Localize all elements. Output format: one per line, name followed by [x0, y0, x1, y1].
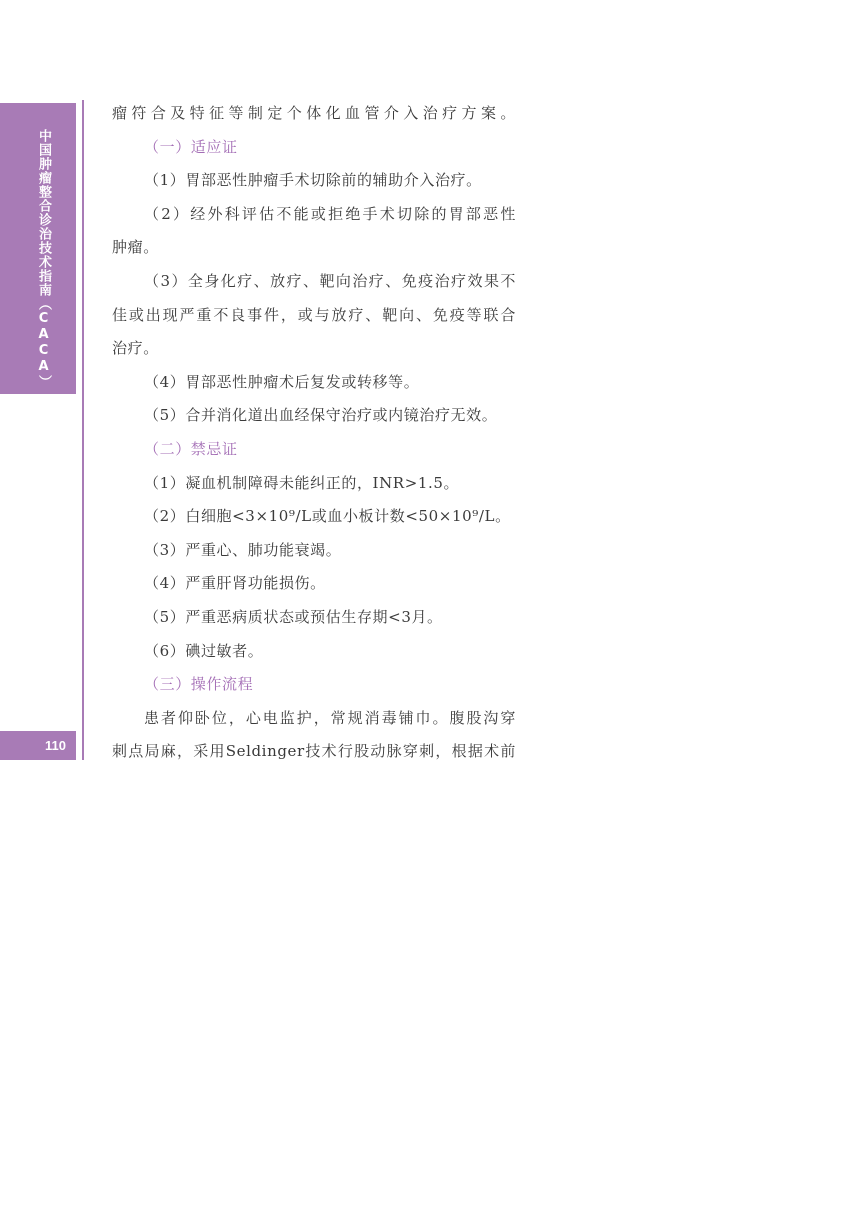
list-item: （1）凝血机制障碍未能纠正的，INR>1.5。: [112, 467, 516, 501]
list-item: （2）经外科评估不能或拒绝手术切除的胃部恶性: [112, 198, 516, 232]
body-line: 患者仰卧位，心电监护，常规消毒铺巾。腹股沟穿: [112, 702, 516, 736]
list-item: （3）全身化疗、放疗、靶向治疗、免疫治疗效果不: [112, 265, 516, 299]
list-item: （5）严重恶病质状态或预估生存期<3月。: [112, 601, 516, 635]
section-heading-procedure: （三）操作流程: [112, 668, 516, 702]
margin-rule: [82, 100, 84, 760]
list-item: （3）严重心、肺功能衰竭。: [112, 534, 516, 568]
list-item: （4）严重肝肾功能损伤。: [112, 567, 516, 601]
list-item: （6）碘过敏者。: [112, 635, 516, 669]
body-line: 治疗。: [112, 332, 516, 366]
list-item: （4）胃部恶性肿瘤术后复发或转移等。: [112, 366, 516, 400]
book-title: 中国肿瘤整合诊治技术指南（CACA）: [36, 129, 52, 389]
body-line: 瘤符合及特征等制定个体化血管介入治疗方案。: [112, 97, 516, 131]
list-item: （5）合并消化道出血经保守治疗或内镜治疗无效。: [112, 399, 516, 433]
list-item: （1）胃部恶性肿瘤手术切除前的辅助介入治疗。: [112, 164, 516, 198]
page-number: 110: [0, 731, 76, 760]
body-line: 肿瘤。: [112, 231, 516, 265]
body-line: 刺点局麻，采用Seldinger技术行股动脉穿刺，根据术前: [112, 735, 516, 769]
page-body: 瘤符合及特征等制定个体化血管介入治疗方案。 （一）适应证 （1）胃部恶性肿瘤手术…: [112, 97, 516, 769]
body-line: 佳或出现严重不良事件，或与放疗、靶向、免疫等联合: [112, 299, 516, 333]
section-heading-contraindications: （二）禁忌证: [112, 433, 516, 467]
section-heading-indications: （一）适应证: [112, 131, 516, 165]
book-title-tab: 中国肿瘤整合诊治技术指南（CACA）: [0, 103, 76, 394]
list-item: （2）白细胞<3×10⁹/L或血小板计数<50×10⁹/L。: [112, 500, 516, 534]
